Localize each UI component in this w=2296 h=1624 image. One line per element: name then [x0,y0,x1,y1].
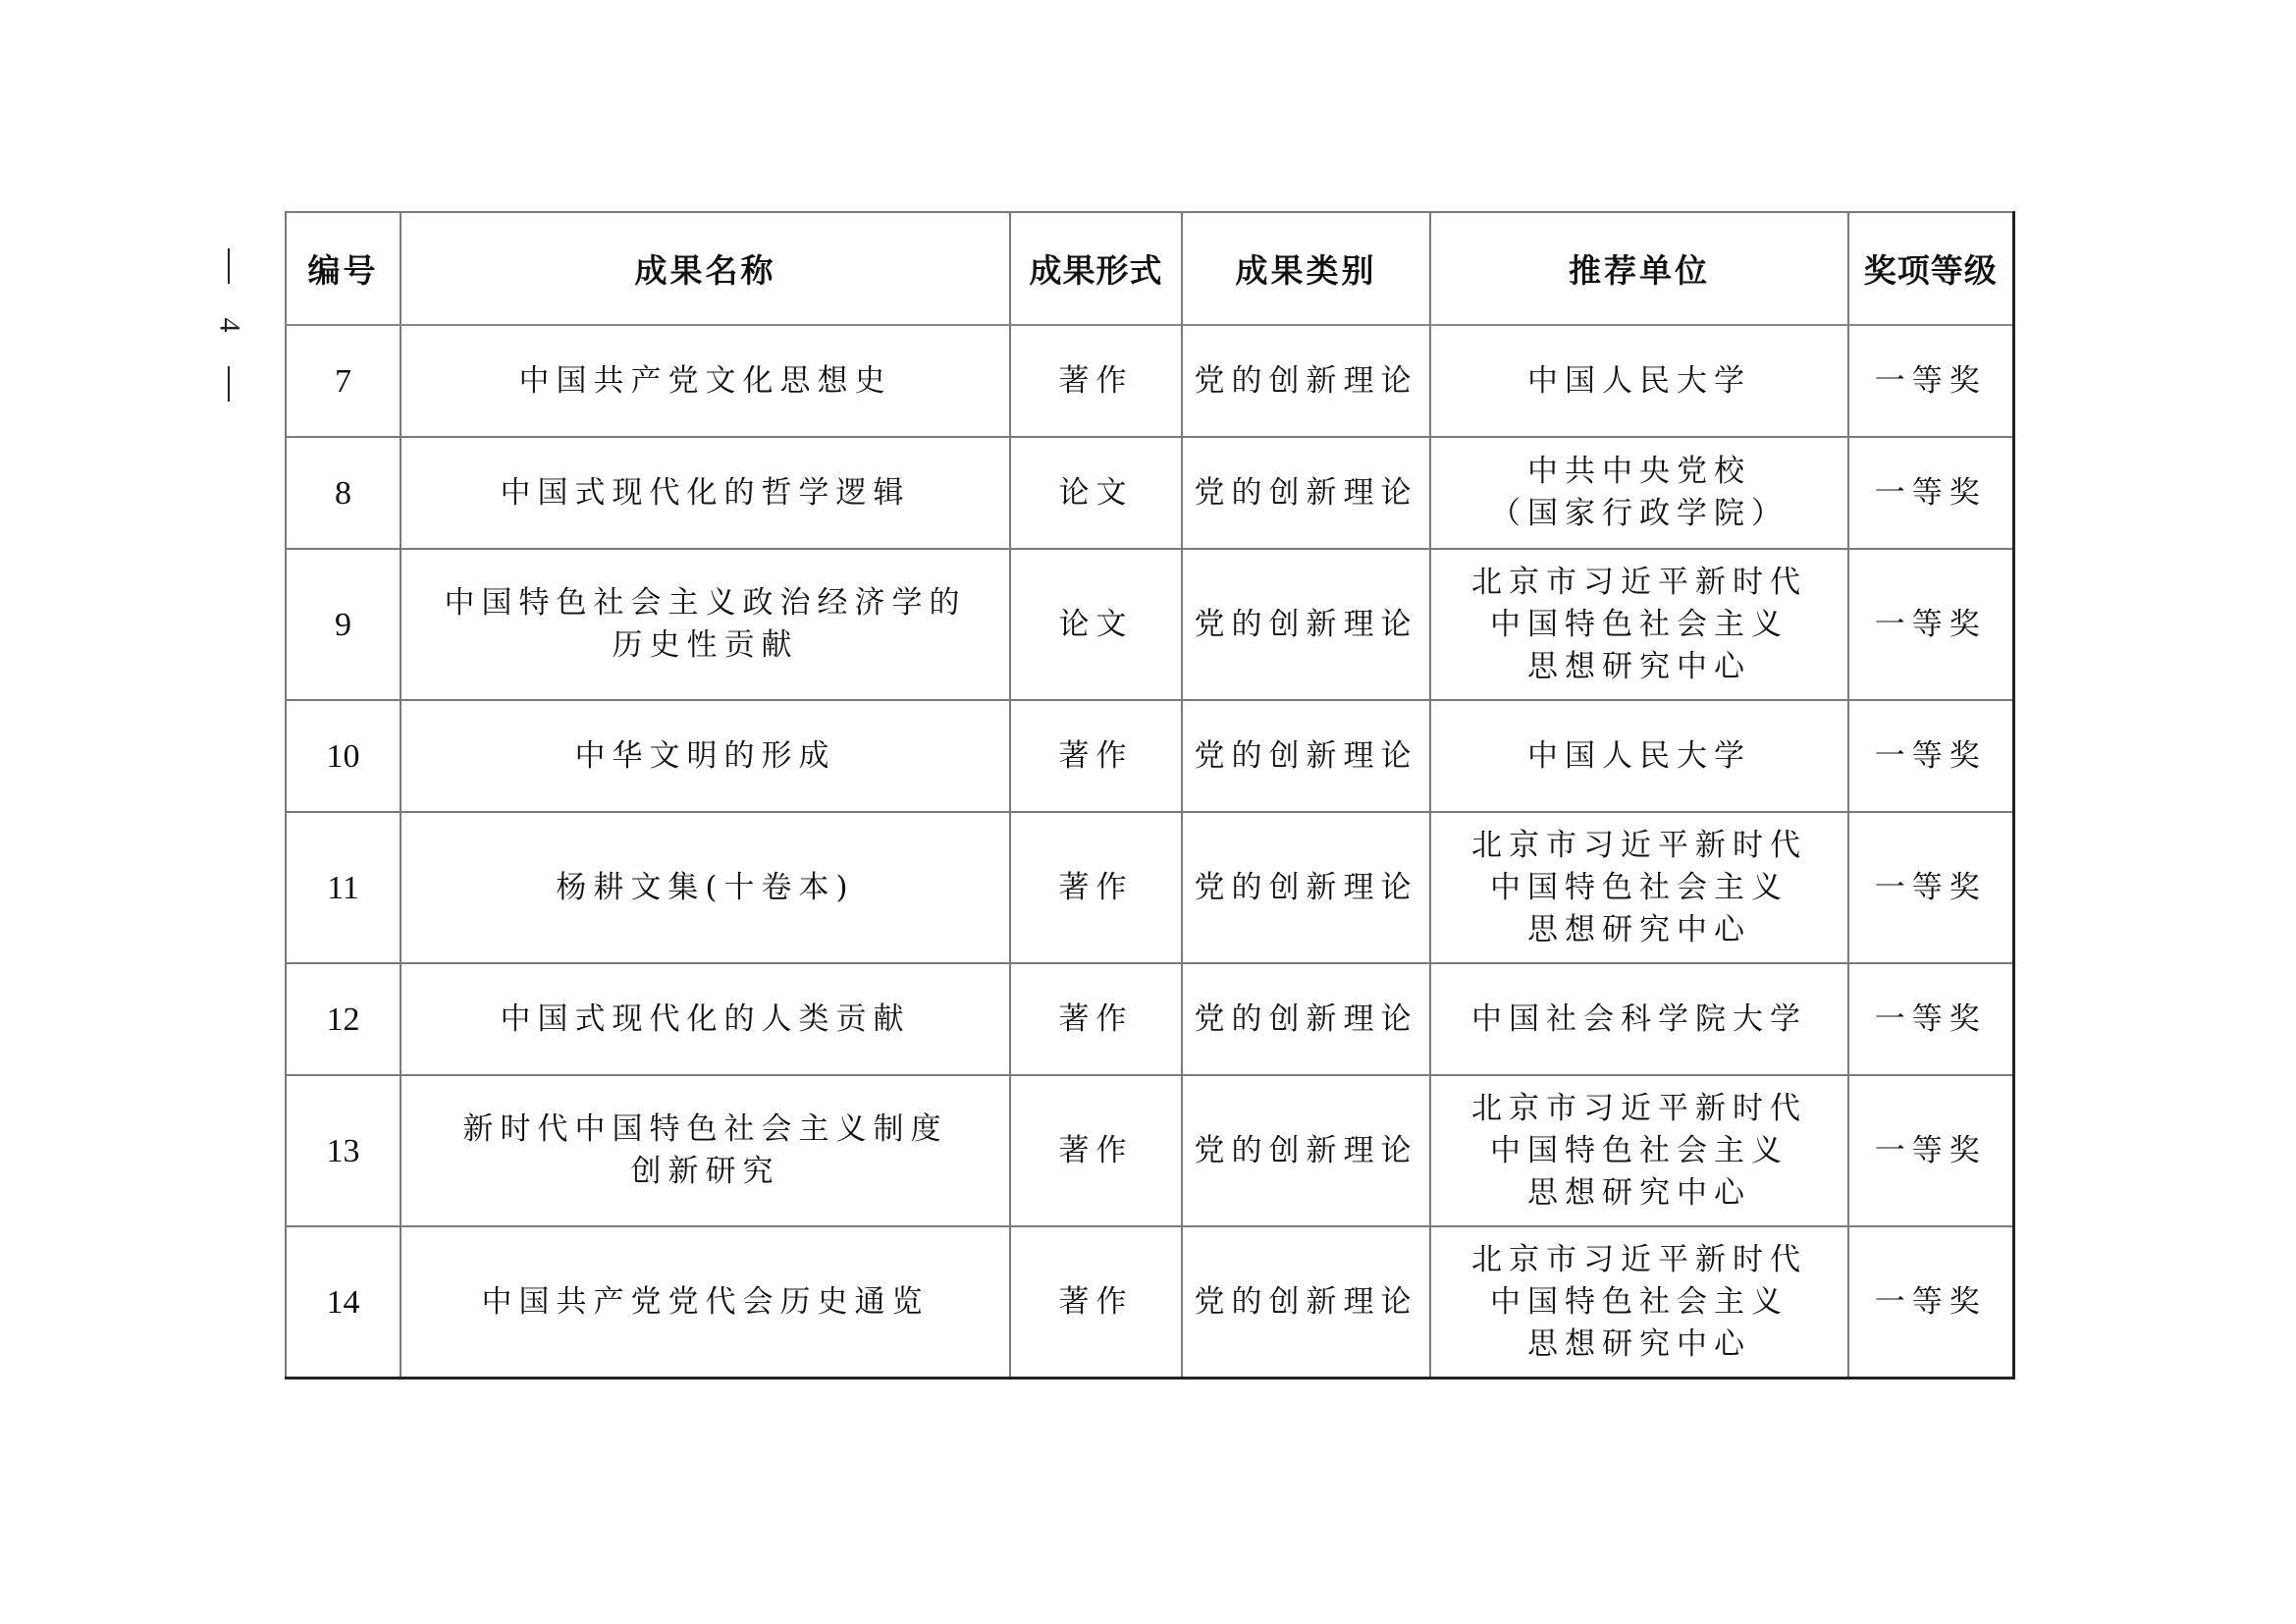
cell-id: 9 [286,549,400,700]
title-line: 杨耕文集(十卷本) [401,867,1009,909]
unit-line: 北京市习近平新时代 [1431,1088,1847,1130]
cell-title: 中国式现代化的人类贡献 [400,963,1010,1075]
table-row: 8 中国式现代化的哲学逻辑 论文 党的创新理论 中共中央党校（国家行政学院） 一… [286,437,2013,549]
cell-form: 论文 [1010,437,1182,549]
cell-form: 论文 [1010,549,1182,700]
cell-award: 一等奖 [1848,549,2013,700]
table-row: 12 中国式现代化的人类贡献 著作 党的创新理论 中国社会科学院大学 一等奖 [286,963,2013,1075]
unit-line: 北京市习近平新时代 [1431,825,1847,867]
title-line: 中国特色社会主义政治经济学的 [401,582,1009,624]
title-line: 中国共产党党代会历史通览 [401,1281,1009,1324]
cell-form: 著作 [1010,325,1182,437]
unit-line: 思想研究中心 [1431,1172,1847,1215]
unit-line: （国家行政学院） [1431,493,1847,535]
cell-id: 8 [286,437,400,549]
cell-category: 党的创新理论 [1182,437,1430,549]
column-header-award: 奖项等级 [1848,212,2013,325]
cell-unit: 北京市习近平新时代中国特色社会主义思想研究中心 [1430,549,1848,700]
unit-line: 中国社会科学院大学 [1431,999,1847,1041]
cell-form: 著作 [1010,700,1182,812]
page-number-dash-top [228,248,230,284]
table-row: 13 新时代中国特色社会主义制度创新研究 著作 党的创新理论 北京市习近平新时代… [286,1075,2013,1226]
cell-id: 13 [286,1075,400,1226]
cell-award: 一等奖 [1848,963,2013,1075]
cell-title: 中国特色社会主义政治经济学的历史性贡献 [400,549,1010,700]
page-number-dash-bottom [228,366,230,402]
cell-category: 党的创新理论 [1182,1075,1430,1226]
cell-id: 14 [286,1226,400,1379]
cell-unit: 北京市习近平新时代中国特色社会主义思想研究中心 [1430,1226,1848,1379]
unit-line: 中国特色社会主义 [1431,1130,1847,1172]
cell-title: 新时代中国特色社会主义制度创新研究 [400,1075,1010,1226]
cell-category: 党的创新理论 [1182,325,1430,437]
unit-line: 中国特色社会主义 [1431,867,1847,909]
cell-category: 党的创新理论 [1182,812,1430,963]
cell-form: 著作 [1010,1075,1182,1226]
table-header-row: 编号 成果名称 成果形式 成果类别 推荐单位 奖项等级 [286,212,2013,325]
cell-id: 7 [286,325,400,437]
column-header-unit: 推荐单位 [1430,212,1848,325]
column-header-id: 编号 [286,212,400,325]
unit-line: 思想研究中心 [1431,646,1847,688]
title-line: 创新研究 [401,1151,1009,1193]
cell-category: 党的创新理论 [1182,549,1430,700]
cell-title: 中国共产党文化思想史 [400,325,1010,437]
cell-title: 中国共产党党代会历史通览 [400,1226,1010,1379]
cell-category: 党的创新理论 [1182,963,1430,1075]
table-row: 10 中华文明的形成 著作 党的创新理论 中国人民大学 一等奖 [286,700,2013,812]
cell-unit: 中国人民大学 [1430,325,1848,437]
cell-form: 著作 [1010,1226,1182,1379]
title-line: 中华文明的形成 [401,735,1009,778]
unit-line: 中国人民大学 [1431,360,1847,403]
cell-unit: 中国人民大学 [1430,700,1848,812]
cell-form: 著作 [1010,812,1182,963]
column-header-category: 成果类别 [1182,212,1430,325]
cell-id: 11 [286,812,400,963]
unit-line: 思想研究中心 [1431,909,1847,951]
title-line: 中国式现代化的哲学逻辑 [401,472,1009,514]
cell-title: 中华文明的形成 [400,700,1010,812]
unit-line: 中国特色社会主义 [1431,1281,1847,1324]
table-row: 9 中国特色社会主义政治经济学的历史性贡献 论文 党的创新理论 北京市习近平新时… [286,549,2013,700]
page-number: 4 [209,248,248,402]
title-line: 新时代中国特色社会主义制度 [401,1109,1009,1151]
cell-award: 一等奖 [1848,325,2013,437]
cell-award: 一等奖 [1848,437,2013,549]
cell-unit: 中国社会科学院大学 [1430,963,1848,1075]
cell-id: 12 [286,963,400,1075]
unit-line: 北京市习近平新时代 [1431,562,1847,604]
cell-award: 一等奖 [1848,1075,2013,1226]
unit-line: 思想研究中心 [1431,1324,1847,1366]
unit-line: 中国特色社会主义 [1431,604,1847,646]
cell-category: 党的创新理论 [1182,700,1430,812]
title-line: 中国式现代化的人类贡献 [401,999,1009,1041]
column-header-form: 成果形式 [1010,212,1182,325]
unit-line: 中共中央党校 [1431,451,1847,493]
column-header-title: 成果名称 [400,212,1010,325]
awards-table: 编号 成果名称 成果形式 成果类别 推荐单位 奖项等级 7 中国共产党文化思想史… [285,211,2015,1380]
cell-title: 中国式现代化的哲学逻辑 [400,437,1010,549]
unit-line: 北京市习近平新时代 [1431,1239,1847,1281]
unit-line: 中国人民大学 [1431,735,1847,778]
cell-award: 一等奖 [1848,1226,2013,1379]
table-row: 7 中国共产党文化思想史 著作 党的创新理论 中国人民大学 一等奖 [286,325,2013,437]
cell-unit: 北京市习近平新时代中国特色社会主义思想研究中心 [1430,1075,1848,1226]
table-row: 14 中国共产党党代会历史通览 著作 党的创新理论 北京市习近平新时代中国特色社… [286,1226,2013,1379]
table-row: 11 杨耕文集(十卷本) 著作 党的创新理论 北京市习近平新时代中国特色社会主义… [286,812,2013,963]
cell-title: 杨耕文集(十卷本) [400,812,1010,963]
title-line: 历史性贡献 [401,624,1009,667]
cell-unit: 中共中央党校（国家行政学院） [1430,437,1848,549]
cell-form: 著作 [1010,963,1182,1075]
cell-category: 党的创新理论 [1182,1226,1430,1379]
cell-unit: 北京市习近平新时代中国特色社会主义思想研究中心 [1430,812,1848,963]
cell-award: 一等奖 [1848,812,2013,963]
page-number-value: 4 [214,318,243,333]
title-line: 中国共产党文化思想史 [401,360,1009,403]
cell-id: 10 [286,700,400,812]
cell-award: 一等奖 [1848,700,2013,812]
